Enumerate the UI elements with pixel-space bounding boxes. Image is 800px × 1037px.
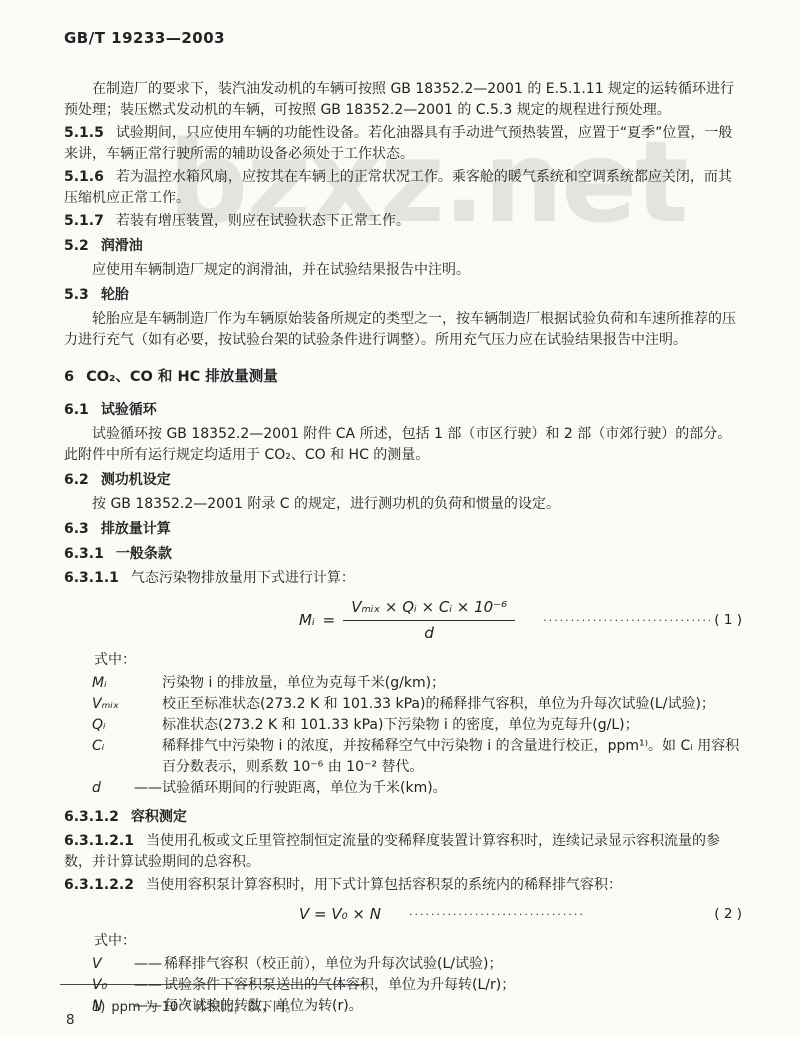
intro-paragraph: 在制造厂的要求下，装汽油发动机的车辆可按照 GB 18352.2—2001 的 … — [64, 79, 742, 121]
formula-2: V = V₀ × N ·····························… — [64, 904, 742, 925]
equals-sign: = — [323, 610, 336, 631]
definition-row: d —— 试验循环期间的行驶距离，单位为千米(km)。 — [92, 778, 742, 799]
heading-number: 6.3 — [64, 521, 89, 537]
formula-1-expression: Mᵢ = Vₘᵢₓ × Qᵢ × Cᵢ × 10⁻⁶ d — [299, 597, 515, 644]
paragraph-5-2: 应使用车辆制造厂规定的润滑油，并在试验结果报告中注明。 — [64, 260, 742, 281]
scanned-standard-page: bzxz.net GB/T 19233—2003 在制造厂的要求下，装汽油发动机… — [0, 0, 800, 1037]
definition-row: Cᵢ 稀释排气中污染物 i 的浓度，并按稀释空气中污染物 i 的含量进行校正，p… — [92, 736, 742, 778]
dash: —— — [134, 996, 164, 1017]
dash — [134, 694, 162, 715]
symbol: Mᵢ — [92, 673, 134, 694]
where-label: 式中： — [94, 931, 742, 952]
clause-number: 6.3.1.2.1 — [64, 833, 134, 849]
definition-row: Vₘᵢₓ 校正至标准状态(273.2 K 和 101.33 kPa)的稀释排气容… — [92, 694, 742, 715]
symbol: Qᵢ — [92, 715, 134, 736]
definition-row: N —— 每次试验的转数，单位为转(r)。 — [92, 996, 742, 1017]
symbol-description: 标准状态(273.2 K 和 101.33 kPa)下污染物 i 的密度，单位为… — [162, 715, 742, 736]
fraction: Vₘᵢₓ × Qᵢ × Cᵢ × 10⁻⁶ d — [343, 597, 515, 644]
clause-text: 当使用容积泵计算容积时，用下式计算包括容积泵的系统内的稀释排气容积： — [146, 877, 622, 893]
clause-text: 试验期间，只应使用车辆的功能性设备。若化油器具有手动进气预热装置，应置于“夏季”… — [64, 125, 732, 162]
heading-6-3: 6.3排放量计算 — [64, 519, 742, 540]
symbol-description: 每次试验的转数，单位为转(r)。 — [164, 996, 742, 1017]
dash: —— — [134, 954, 164, 975]
dash: —— — [134, 778, 162, 799]
heading-title: 轮胎 — [101, 287, 129, 303]
dash — [134, 736, 162, 778]
heading-6-3-1: 6.3.1一般条款 — [64, 544, 742, 565]
clause-number: 5.1.7 — [64, 213, 104, 229]
clause-number: 5.1.6 — [64, 169, 104, 185]
symbol: V — [92, 954, 134, 975]
dash: —— — [134, 975, 164, 996]
paragraph-5-3: 轮胎应是车辆制造厂作为车辆原始装备所规定的类型之一，按车辆制造厂根据试验负荷和车… — [64, 309, 742, 351]
definition-row: V₀ —— 试验条件下容积泵送出的气体容积，单位为升每转(L/r)； — [92, 975, 742, 996]
symbol-description: 稀释排气中污染物 i 的浓度，并按稀释空气中污染物 i 的含量进行校正，ppm¹… — [162, 736, 742, 778]
paragraph-6-2: 按 GB 18352.2—2001 附录 C 的规定，进行测功机的负荷和惯量的设… — [64, 494, 742, 515]
heading-title: 容积测定 — [131, 809, 187, 825]
clause-text: 当使用孔板或文丘里管控制恒定流量的变稀释度装置计算容积时，连续记录显示容积流量的… — [64, 833, 720, 870]
formula-1: Mᵢ = Vₘᵢₓ × Qᵢ × Cᵢ × 10⁻⁶ d ···········… — [64, 597, 742, 644]
heading-title: 一般条款 — [116, 546, 172, 562]
symbol-description: 稀释排气容积（校正前），单位为升每次试验(L/试验)； — [164, 954, 742, 975]
dot-leader: ································ — [543, 610, 710, 631]
symbol-description: 校正至标准状态(273.2 K 和 101.33 kPa)的稀释排气容积，单位为… — [162, 694, 742, 715]
heading-6-1: 6.1试验循环 — [64, 400, 742, 421]
heading-title: 测功机设定 — [101, 472, 171, 488]
definition-row: Mᵢ 污染物 i 的排放量，单位为克每千米(g/km)； — [92, 673, 742, 694]
page-content: GB/T 19233—2003 在制造厂的要求下，装汽油发动机的车辆可按照 GB… — [0, 0, 800, 1037]
clause-number: 6.3.1.1 — [64, 570, 119, 586]
clause-text: 气态污染物排放量用下式进行计算： — [131, 570, 355, 586]
heading-5-3: 5.3轮胎 — [64, 285, 742, 306]
heading-number: 6 — [64, 369, 74, 385]
symbol: N — [92, 996, 134, 1017]
heading-title: 排放量计算 — [101, 521, 171, 537]
heading-number: 6.3.1 — [64, 546, 104, 562]
clause-number: 6.3.1.2.2 — [64, 877, 134, 893]
doc-number: GB/T 19233—2003 — [64, 28, 742, 49]
symbol: V₀ — [92, 975, 134, 996]
clause-text: 若为温控水箱风扇，应按其在车辆上的正常状况工作。乘客舱的暖气系统和空调系统都应关… — [64, 169, 732, 206]
symbol-description: 污染物 i 的排放量，单位为克每千米(g/km)； — [162, 673, 742, 694]
heading-title: 润滑油 — [101, 238, 143, 254]
heading-6-2: 6.2测功机设定 — [64, 470, 742, 491]
clause-5-1-5: 5.1.5试验期间，只应使用车辆的功能性设备。若化油器具有手动进气预热装置，应置… — [64, 123, 742, 165]
paragraph-6-1: 试验循环按 GB 18352.2—2001 附件 CA 所述，包括 1 部（市区… — [64, 424, 742, 466]
heading-number: 5.2 — [64, 238, 89, 254]
heading-6: 6CO₂、CO 和 HC 排放量测量 — [64, 367, 742, 388]
heading-6-3-1-2: 6.3.1.2容积测定 — [64, 807, 742, 828]
definition-row: V —— 稀释排气容积（校正前），单位为升每次试验(L/试验)； — [92, 954, 742, 975]
dot-leader: ································ — [409, 904, 710, 925]
heading-title: 试验循环 — [101, 402, 157, 418]
symbol-description: 试验循环期间的行驶距离，单位为千米(km)。 — [162, 778, 742, 799]
equation-number: ( 2 ) — [714, 904, 742, 925]
fraction-numerator: Vₘᵢₓ × Qᵢ × Cᵢ × 10⁻⁶ — [343, 597, 515, 621]
dash — [134, 673, 162, 694]
definition-row: Qᵢ 标准状态(273.2 K 和 101.33 kPa)下污染物 i 的密度，… — [92, 715, 742, 736]
heading-5-2: 5.2润滑油 — [64, 236, 742, 257]
heading-title: CO₂、CO 和 HC 排放量测量 — [86, 369, 278, 385]
formula-1-lhs: Mᵢ — [299, 610, 315, 631]
clause-number: 5.1.5 — [64, 125, 104, 141]
clause-6-3-1-1: 6.3.1.1气态污染物排放量用下式进行计算： — [64, 568, 742, 589]
clause-5-1-6: 5.1.6若为温控水箱风扇，应按其在车辆上的正常状况工作。乘客舱的暖气系统和空调… — [64, 167, 742, 209]
fraction-denominator: d — [343, 621, 515, 644]
symbol-description: 试验条件下容积泵送出的气体容积，单位为升每转(L/r)； — [164, 975, 742, 996]
dash — [134, 715, 162, 736]
clause-text: 若装有增压装置，则应在试验状态下正常工作。 — [116, 213, 410, 229]
formula-2-expression: V = V₀ × N — [299, 904, 381, 925]
symbol: Vₘᵢₓ — [92, 694, 134, 715]
heading-number: 6.3.1.2 — [64, 809, 119, 825]
where-label: 式中： — [94, 650, 742, 671]
heading-number: 6.1 — [64, 402, 89, 418]
heading-number: 6.2 — [64, 472, 89, 488]
symbol: d — [92, 778, 134, 799]
heading-number: 5.3 — [64, 287, 89, 303]
clause-6-3-1-2-1: 6.3.1.2.1当使用孔板或文丘里管控制恒定流量的变稀释度装置计算容积时，连续… — [64, 831, 742, 873]
clause-5-1-7: 5.1.7若装有增压装置，则应在试验状态下正常工作。 — [64, 211, 742, 232]
symbol: Cᵢ — [92, 736, 134, 778]
equation-number: ( 1 ) — [714, 610, 742, 631]
clause-6-3-1-2-2: 6.3.1.2.2当使用容积泵计算容积时，用下式计算包括容积泵的系统内的稀释排气… — [64, 875, 742, 896]
